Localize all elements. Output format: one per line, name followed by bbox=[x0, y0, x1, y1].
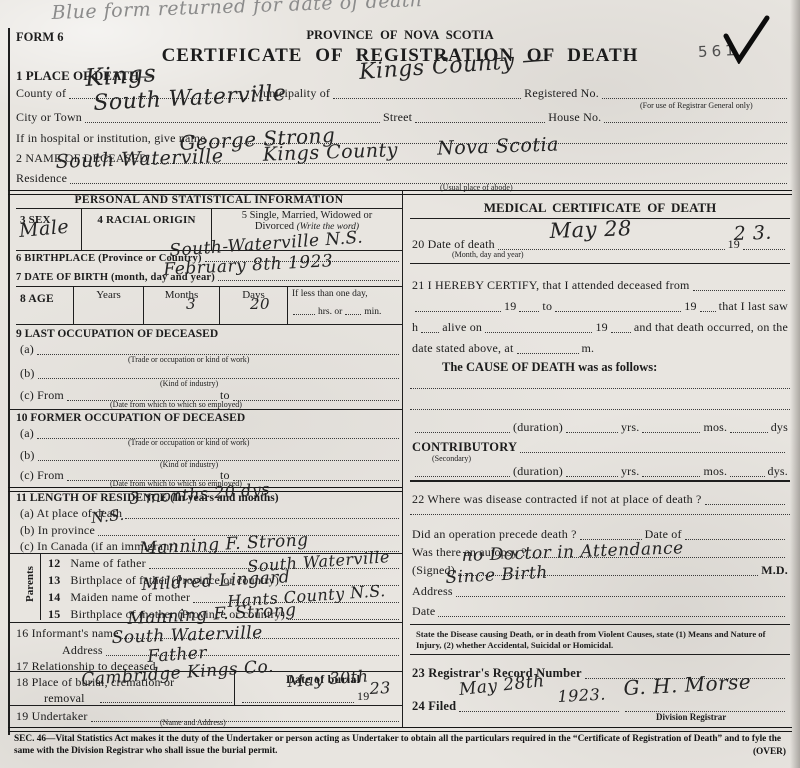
occ9-b-line bbox=[38, 376, 399, 379]
age-years-cell: Years bbox=[74, 287, 144, 324]
hw-filed-year: 1923. bbox=[557, 686, 606, 705]
certificate-date-line bbox=[438, 614, 785, 617]
occ9-b-note: (Kind of industry) bbox=[160, 379, 218, 388]
mother-birthplace-line bbox=[288, 617, 399, 620]
min-label: min. bbox=[364, 307, 381, 317]
duration1-label: (duration) bbox=[513, 420, 563, 435]
certify-line4: date stated above, at m. bbox=[412, 341, 788, 356]
less-than-day-label: If less than one day, bbox=[292, 289, 398, 299]
row15-number: 15 bbox=[48, 607, 60, 622]
undertaker-label: 19 Undertaker bbox=[16, 709, 88, 724]
province-heading: PROVINCE OF NOVA SCOTIA bbox=[0, 28, 800, 43]
date-of-death-bottom-line bbox=[410, 263, 790, 264]
occ10-c-label: (c) From bbox=[20, 468, 64, 483]
occ9-a-note: (Trade or occupation or kind of work) bbox=[128, 355, 249, 364]
q22-label: 22 Where was disease contracted if not a… bbox=[412, 492, 702, 507]
filed-date-line bbox=[459, 709, 619, 712]
undertaker-note: (Name and Address) bbox=[160, 718, 226, 727]
occ9-bottom-line bbox=[8, 409, 402, 410]
certify-fill-3b bbox=[485, 330, 592, 333]
footer-statute-text: SEC. 46—Vital Statistics Act makes it th… bbox=[14, 733, 786, 757]
death-year-line bbox=[743, 247, 785, 250]
note-box-bottom-line bbox=[410, 654, 790, 655]
medical-certificate-heading: MEDICAL CERTIFICATE OF DEATH bbox=[412, 200, 788, 216]
contributory-row: CONTRIBUTORY bbox=[412, 440, 788, 455]
marital-divorced-label: Divorced bbox=[255, 221, 294, 232]
hw-residence-province: N.S. bbox=[90, 508, 125, 526]
bottom-section-divider bbox=[8, 727, 792, 732]
duration1-fill-b bbox=[566, 430, 618, 433]
occ9-c-label: (c) From bbox=[20, 388, 64, 403]
division-registrar-label: Division Registrar bbox=[656, 712, 726, 722]
duration2-yrs: yrs. bbox=[621, 464, 639, 479]
hw-age-days: 20 bbox=[250, 297, 270, 312]
certify-lastsaw: that I last saw bbox=[719, 299, 788, 314]
house-no-field-line bbox=[604, 120, 787, 123]
hw-burial-year: 23 bbox=[369, 680, 391, 697]
residence-row: Residence bbox=[16, 171, 790, 186]
occ9-a-label: (a) bbox=[20, 342, 34, 357]
registered-no-field-line bbox=[602, 96, 787, 99]
dob-field-line bbox=[218, 278, 399, 281]
street-field-line bbox=[415, 120, 545, 123]
age-years-label: Years bbox=[96, 289, 121, 301]
occ9-c-to-line bbox=[233, 398, 399, 401]
certificate-date-row: Date bbox=[412, 604, 788, 619]
operation-question: Did an operation precede death ? bbox=[412, 527, 577, 542]
duration1-fill-a bbox=[415, 430, 510, 433]
father-name-label: Name of father bbox=[70, 556, 145, 571]
row14-number: 14 bbox=[48, 590, 60, 605]
registered-no-note: (For use of Registrar General only) bbox=[640, 101, 753, 110]
house-no-label: House No. bbox=[548, 110, 601, 125]
cause-line-2 bbox=[410, 409, 790, 410]
certify-line1-fill bbox=[693, 288, 785, 291]
res11-a-row: (a) At place of death bbox=[20, 506, 402, 521]
certify-fill-2a bbox=[415, 309, 501, 312]
occ10-heading: 10 FORMER OCCUPATION OF DECEASED bbox=[16, 412, 245, 424]
burial-year-printed: 19 bbox=[357, 689, 369, 704]
age-table: 8 AGE Years Months Days If less than one… bbox=[16, 286, 402, 325]
filed-label: 24 Filed bbox=[412, 699, 456, 714]
certify-19b: 19 bbox=[684, 299, 696, 314]
duration1-fill-d bbox=[730, 430, 767, 433]
pencil-annotation: Blue form returned for date of death bbox=[51, 0, 423, 23]
occ10-a-note: (Trade or occupation or kind of work) bbox=[128, 438, 249, 447]
certify-line2: 19 to 19 that I last saw bbox=[412, 299, 788, 314]
duration2-label: (duration) bbox=[513, 464, 563, 479]
hw-registrar-signature: G. H. Morse bbox=[623, 671, 752, 698]
registered-no-label: Registered No. bbox=[524, 86, 599, 101]
burial-bottom-line bbox=[8, 705, 402, 706]
form-left-border bbox=[8, 28, 10, 735]
burial-place-line bbox=[100, 702, 232, 703]
certify-line3: h alive on 19 and that death occurred, o… bbox=[412, 320, 788, 335]
duration2-mos: mos. bbox=[703, 464, 727, 479]
death-certificate-scan: Blue form returned for date of death 561… bbox=[0, 0, 800, 768]
duration1-yrs: yrs. bbox=[621, 420, 639, 435]
res11-b-label: (b) In province bbox=[20, 523, 95, 538]
municipality-field-line bbox=[333, 96, 521, 99]
operation-row: Did an operation precede death ? Date of bbox=[412, 527, 788, 542]
contributory-line bbox=[520, 450, 785, 453]
column-divider bbox=[402, 190, 403, 728]
informant-name-label: 16 Informant's name bbox=[16, 626, 119, 641]
age-label: 8 AGE bbox=[20, 293, 54, 305]
duration2-fill-d bbox=[730, 474, 764, 477]
residence-field-line bbox=[70, 181, 787, 184]
q22-row: 22 Where was disease contracted if not a… bbox=[412, 492, 788, 507]
certify-m: m. bbox=[582, 341, 595, 356]
md-label: M.D. bbox=[761, 563, 788, 578]
hw-age-months: 3 bbox=[186, 297, 196, 312]
date-of-death-line bbox=[498, 247, 725, 250]
occ10-b-line bbox=[38, 458, 399, 461]
hospital-label: If in hospital or institution, give name bbox=[16, 131, 206, 146]
city-field-line bbox=[85, 120, 380, 123]
hw-death-year: 2 3. bbox=[733, 224, 772, 244]
row13-number: 13 bbox=[48, 573, 60, 588]
q22-line-2 bbox=[410, 514, 790, 515]
city-label: City or Town bbox=[16, 110, 82, 125]
date-of-death-note: (Month, day and year) bbox=[452, 250, 524, 259]
undertaker-line bbox=[91, 719, 399, 722]
hw-county: Kings bbox=[84, 61, 157, 90]
cause-line-1 bbox=[410, 388, 790, 389]
certify-fill-3a bbox=[421, 330, 439, 333]
hw-sex: Male bbox=[18, 218, 70, 241]
certify-19c: 19 bbox=[595, 320, 607, 335]
certify-fill-2c bbox=[555, 309, 681, 312]
certify-fill-2d bbox=[700, 309, 716, 312]
certify-19a: 19 bbox=[504, 299, 516, 314]
occ9-heading: 9 LAST OCCUPATION OF DECEASED bbox=[16, 328, 218, 340]
physician-address-line bbox=[456, 594, 785, 597]
certify-fill-2b bbox=[519, 309, 539, 312]
certify-stated: date stated above, at bbox=[412, 341, 514, 356]
certify-occurred: and that death occurred, on the bbox=[634, 320, 788, 335]
age-cell: 8 AGE bbox=[16, 287, 74, 324]
hw-signed-no-doctor: no Doctor in Attendance bbox=[461, 540, 684, 565]
certify-line1: 21 I HEREBY CERTIFY, that I attended dec… bbox=[412, 278, 788, 293]
res11-a-line bbox=[125, 516, 399, 519]
street-label: Street bbox=[383, 110, 412, 125]
parents-box-line bbox=[40, 553, 41, 620]
note-box-top-line bbox=[410, 624, 790, 625]
racial-origin-label: 4 RACIAL ORIGIN bbox=[97, 214, 195, 226]
duration-row-2: (duration) yrs. mos. dys. bbox=[412, 464, 788, 479]
occ9-b-label: (b) bbox=[20, 366, 35, 381]
age-months-cell: Months bbox=[144, 287, 220, 324]
min-field-line bbox=[345, 312, 361, 315]
contributory-label: CONTRIBUTORY bbox=[412, 440, 517, 455]
contributory-note: (Secondary) bbox=[432, 454, 471, 463]
marital-label-line1: 5 Single, Married, Widowed or bbox=[216, 210, 398, 221]
duration2-dys: dys. bbox=[768, 464, 788, 479]
hrs-label: hrs. or bbox=[318, 307, 342, 317]
certificate-date-label: Date bbox=[412, 604, 435, 619]
hrs-min-row: hrs. or min. bbox=[290, 307, 394, 317]
duration2-fill-c bbox=[642, 474, 700, 477]
duration1-mos: mos. bbox=[703, 420, 727, 435]
certify-text-1: 21 I HEREBY CERTIFY, that I attended dec… bbox=[412, 278, 690, 293]
duration2-fill-a bbox=[415, 474, 510, 477]
certify-to: to bbox=[542, 299, 552, 314]
row12-number: 12 bbox=[48, 556, 60, 571]
duration2-fill-b bbox=[566, 474, 618, 477]
parents-side-label: Parents bbox=[24, 561, 36, 607]
certify-fill-4 bbox=[517, 351, 579, 354]
cause-section-bottom-line bbox=[410, 480, 790, 482]
burial-label-line2: removal bbox=[44, 691, 85, 706]
cause-of-death-heading: The CAUSE OF DEATH was as follows: bbox=[442, 360, 657, 375]
occ9-c-note: (Date from which to which so employed) bbox=[110, 400, 242, 409]
residence-label: Residence bbox=[16, 171, 67, 186]
personal-info-heading: PERSONAL AND STATISTICAL INFORMATION bbox=[16, 194, 402, 206]
occ10-a-label: (a) bbox=[20, 426, 34, 441]
duration1-dys: dys bbox=[771, 420, 788, 435]
burial-date-line bbox=[242, 702, 354, 703]
certify-h: h bbox=[412, 320, 418, 335]
hw-death-date: May 28 bbox=[549, 218, 632, 242]
certify-alive-on: alive on bbox=[442, 320, 482, 335]
hrs-field-line bbox=[293, 312, 315, 315]
scan-edge-shadow bbox=[790, 0, 800, 768]
informant-address-label: Address bbox=[62, 643, 103, 658]
operation-fill-b bbox=[685, 537, 785, 540]
certify-fill-3c bbox=[611, 330, 631, 333]
occ10-b-label: (b) bbox=[20, 448, 35, 463]
duration-row-1: (duration) yrs. mos. dys bbox=[412, 420, 788, 435]
age-less-than-day-cell: If less than one day, hrs. or min. bbox=[288, 287, 402, 324]
violent-causes-note: State the Disease causing Death, or in d… bbox=[416, 629, 784, 650]
q22-line bbox=[705, 502, 785, 505]
county-label: County of bbox=[16, 86, 66, 101]
duration1-fill-c bbox=[642, 430, 700, 433]
footer-over-label: (OVER) bbox=[753, 746, 786, 758]
